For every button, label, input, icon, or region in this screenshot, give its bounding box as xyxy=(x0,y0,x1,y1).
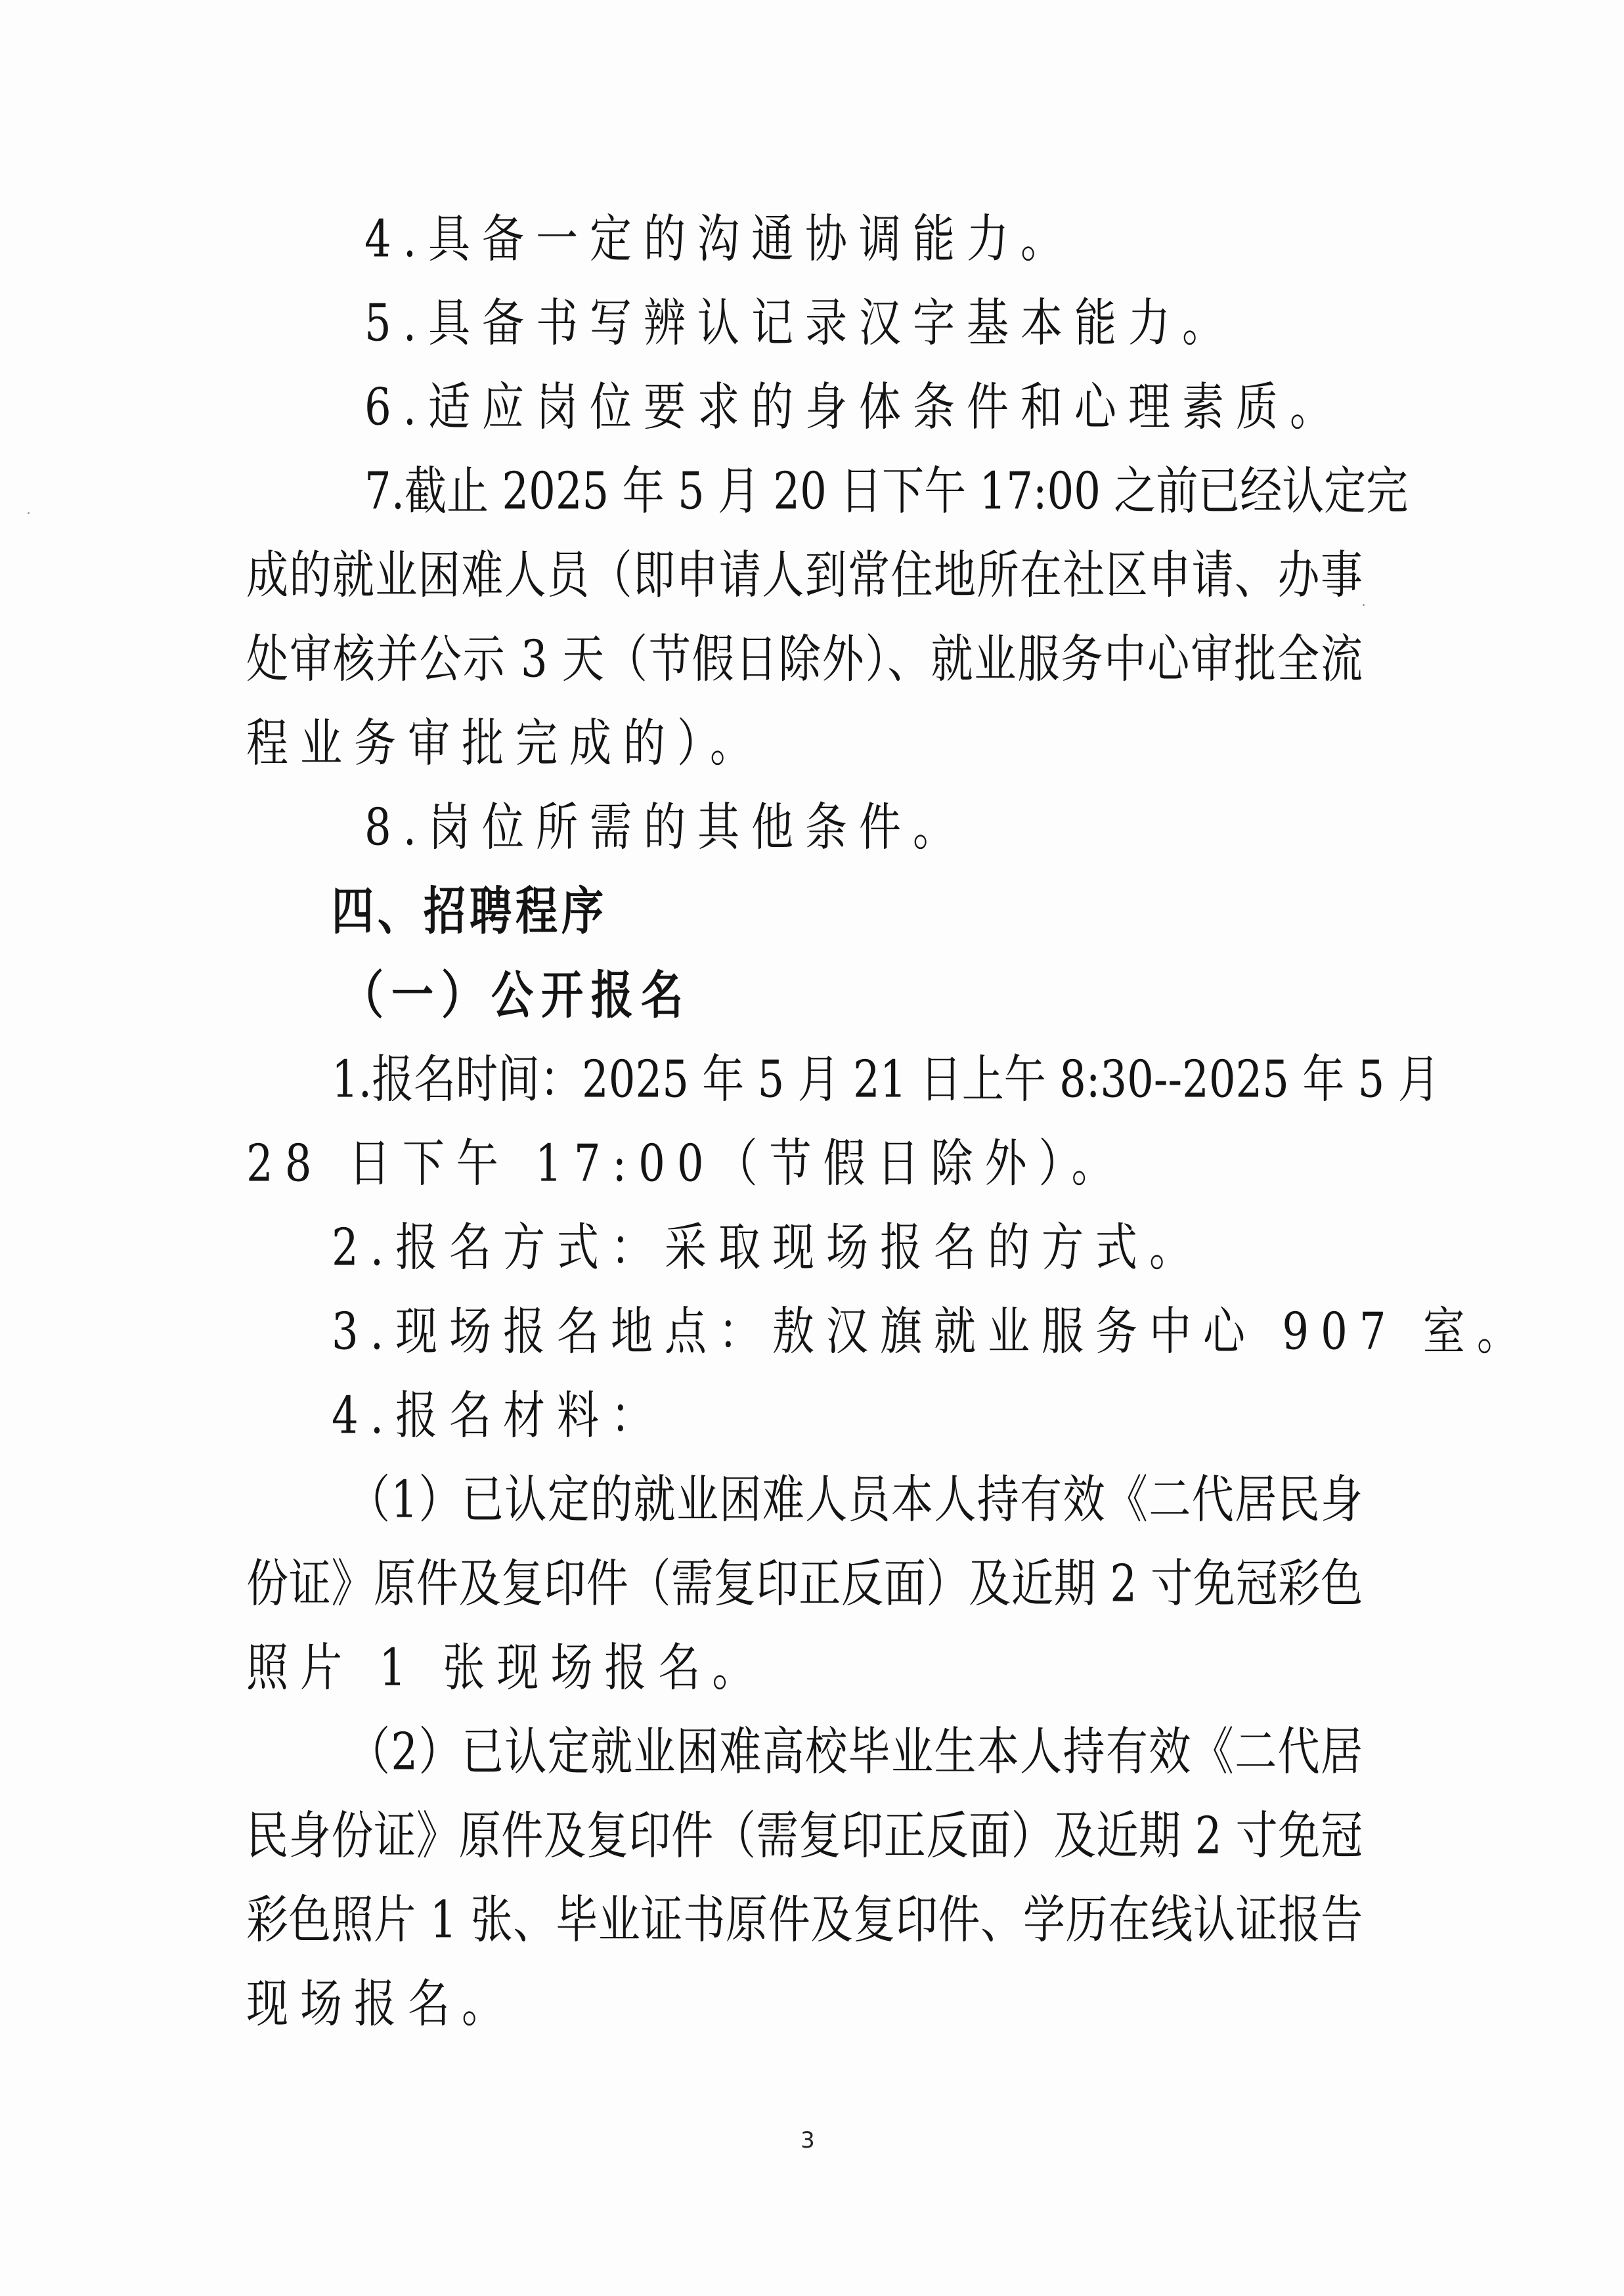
requirement-5: 5.具备书写辨认记录汉字基本能力。 xyxy=(364,284,1363,364)
registration-time-line-2: 28 日下午 17:00（节假日除外）。 xyxy=(246,1124,1363,1204)
requirement-7-line-2: 成的就业困难人员（即申请人到常住地所在社区申请、办事 xyxy=(246,536,1363,616)
materials-item-1-line-3: 照片 1 张现场报名。 xyxy=(246,1628,1363,1708)
materials-item-2-line-2: 民身份证》原件及复印件（需复印正反面）及近期 2 寸免冠 xyxy=(246,1796,1363,1876)
requirement-7-line-4: 程业务审批完成的）。 xyxy=(246,704,1363,784)
registration-time-line-1: 1.报名时间：2025 年 5 月 21 日上午 8:30--2025 年 5 … xyxy=(332,1040,1363,1120)
materials-item-2-line-4: 现场报名。 xyxy=(246,1964,1363,2045)
registration-method: 2.报名方式：采取现场报名的方式。 xyxy=(332,1208,1448,1288)
materials-item-2-line-3: 彩色照片 1 张、毕业证书原件及复印件、学历在线认证报告 xyxy=(246,1880,1363,1960)
page-number: 3 xyxy=(788,2127,827,2154)
subsection-heading-public-registration: （一）公开报名 xyxy=(341,956,1458,1036)
document-page: 4.具备一定的沟通协调能力。 5.具备书写辨认记录汉字基本能力。 6.适应岗位要… xyxy=(0,0,1624,2296)
materials-item-1-line-1: （1）已认定的就业困难人员本人持有效《二代居民身 xyxy=(348,1460,1363,1540)
scan-artifact xyxy=(1363,604,1365,606)
registration-location: 3.现场报名地点：敖汉旗就业服务中心 907 室。 xyxy=(332,1292,1448,1372)
scan-artifact xyxy=(28,512,30,514)
requirement-7-line-3: 处审核并公示 3 天（节假日除外）、就业服务中心审批全流 xyxy=(246,620,1363,700)
materials-item-1-line-2: 份证》原件及复印件（需复印正反面）及近期 2 寸免冠彩色 xyxy=(246,1544,1363,1624)
requirement-6: 6.适应岗位要求的身体条件和心理素质。 xyxy=(364,368,1363,448)
requirement-7-line-1: 7.截止 2025 年 5 月 20 日下午 17:00 之前已经认定完 xyxy=(364,452,1363,532)
section-heading-recruitment-procedure: 四、招聘程序 xyxy=(332,872,1448,952)
registration-materials-label: 4.报名材料： xyxy=(332,1376,1448,1456)
requirement-4: 4.具备一定的沟通协调能力。 xyxy=(364,200,1363,280)
materials-item-2-line-1: （2）已认定就业困难高校毕业生本人持有效《二代居 xyxy=(348,1712,1363,1792)
requirement-8: 8.岗位所需的其他条件。 xyxy=(364,788,1363,868)
